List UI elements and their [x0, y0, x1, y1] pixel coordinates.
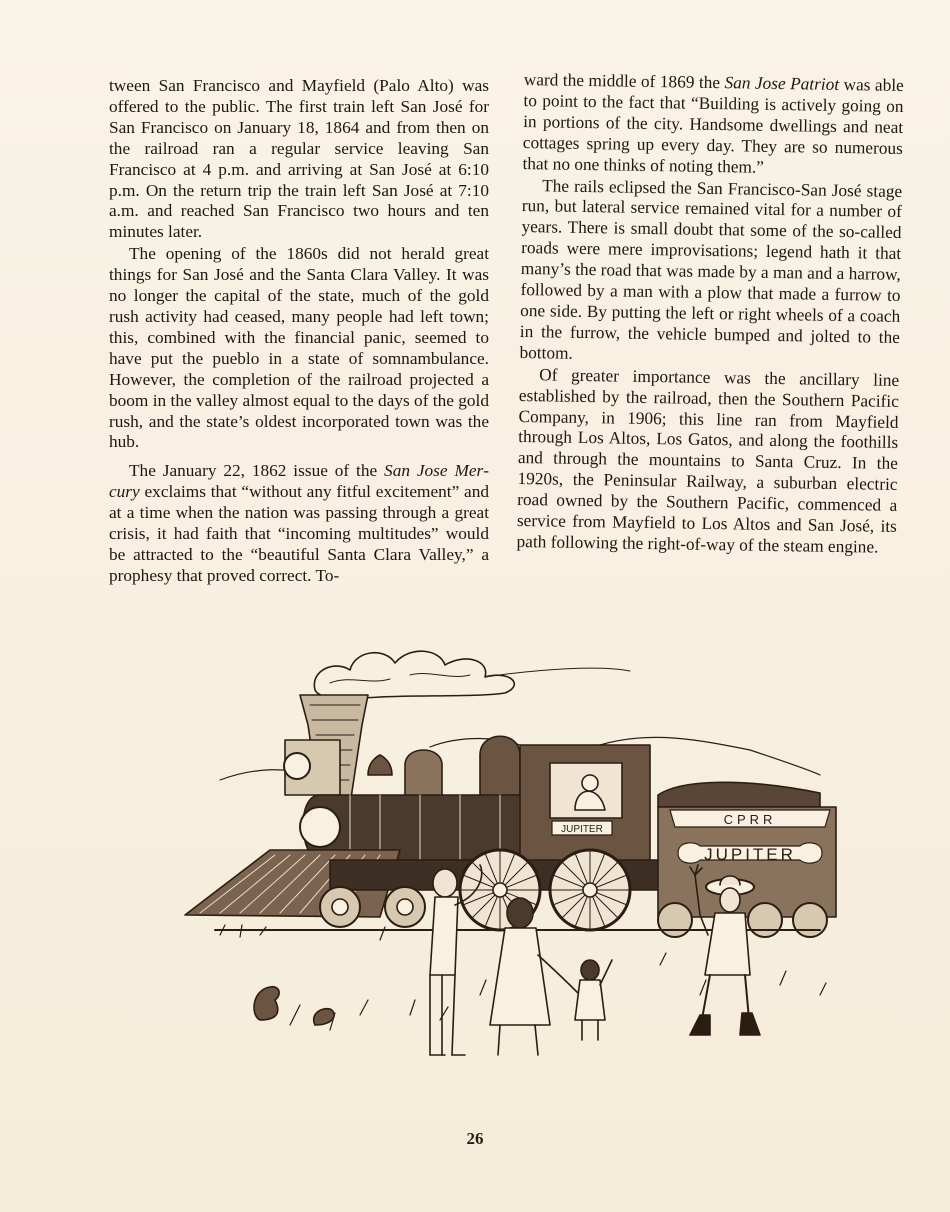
svg-text:JUPITER: JUPITER	[561, 824, 603, 835]
locomotive-illustration: JUPITER CPRR JUPITER	[180, 635, 840, 1065]
page-number: 26	[0, 1129, 950, 1149]
paragraph: ward the middle of 1869 the San Jose Pat…	[522, 70, 904, 180]
wood-load	[658, 782, 820, 807]
tender-wheel	[793, 903, 827, 937]
driving-wheel	[550, 850, 630, 930]
book-page: tween San Francisco and Mayfield (Palo A…	[0, 0, 950, 1212]
paragraph: The January 22, 1862 issue of the San Jo…	[109, 461, 489, 586]
smoke-cloud	[314, 651, 514, 698]
newspaper-title: San Jose Patriot	[724, 73, 839, 94]
gopher	[254, 987, 279, 1020]
right-text-column: ward the middle of 1869 the San Jose Pat…	[516, 70, 904, 559]
svg-text:JUPITER: JUPITER	[704, 845, 796, 864]
tender-wheel	[658, 903, 692, 937]
paragraph: tween San Francisco and Mayfield (Palo A…	[109, 76, 489, 243]
svg-text:CPRR: CPRR	[724, 812, 777, 827]
gopher	[314, 1009, 334, 1025]
left-text-column: tween San Francisco and Mayfield (Palo A…	[109, 76, 489, 587]
bell	[368, 755, 392, 775]
child-figure	[575, 960, 612, 1040]
paragraph: Of greater importance was the ancillary …	[516, 365, 899, 559]
paragraph: The opening of the 1860s did not herald …	[109, 244, 489, 453]
tender-wheel	[748, 903, 782, 937]
paragraph: The rails eclipsed the San Francisco-San…	[519, 176, 902, 370]
